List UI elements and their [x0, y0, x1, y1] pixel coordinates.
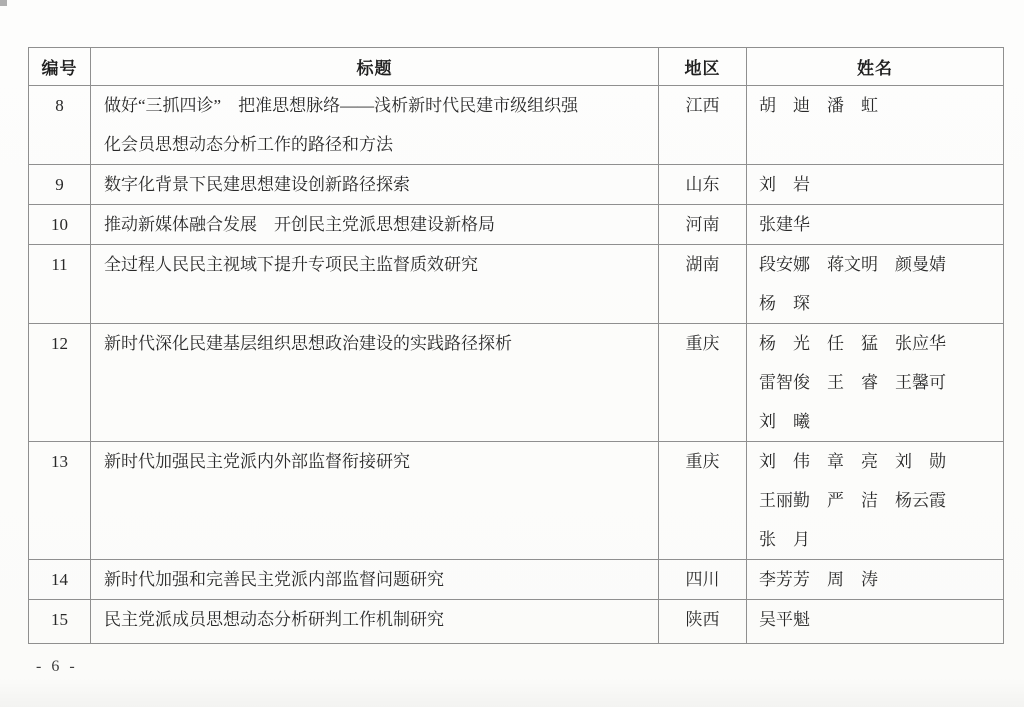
entry-region-cell: 山东 [659, 165, 747, 205]
entry-number: 15 [29, 600, 90, 639]
entry-title-cell: 民主党派成员思想动态分析研判工作机制研究 [91, 600, 659, 644]
entry-name-line: 刘 岩 [759, 165, 999, 204]
entry-name-line: 杨 琛 [759, 284, 999, 323]
entry-name-line: 刘 伟 章 亮 刘 勋 [759, 442, 999, 481]
entry-title-line: 数字化背景下民建思想建设创新路径探索 [104, 165, 652, 204]
entry-region-cell: 河南 [659, 205, 747, 245]
entry-name-line: 张 月 [759, 520, 999, 559]
entry-title-cell: 推动新媒体融合发展 开创民主党派思想建设新格局 [91, 205, 659, 245]
entry-name-line: 吴平魁 [759, 600, 999, 639]
entry-number-cell: 8 [29, 86, 91, 165]
table-body: 8 做好“三抓四诊” 把准思想脉络——浅析新时代民建市级组织强化会员思想动态分析… [29, 86, 1004, 644]
table-row: 15 民主党派成员思想动态分析研判工作机制研究 陕西 吴平魁 [29, 600, 1004, 644]
entry-names-cell: 刘 岩 [747, 165, 1004, 205]
entry-region: 陕西 [659, 600, 746, 639]
entry-title-cell: 新时代深化民建基层组织思想政治建设的实践路径探析 [91, 324, 659, 442]
entry-region-cell: 陕西 [659, 600, 747, 644]
entry-number: 12 [29, 324, 90, 363]
entry-title-line: 全过程人民民主视域下提升专项民主监督质效研究 [104, 245, 652, 284]
entry-region: 重庆 [659, 324, 746, 363]
entry-region-cell: 江西 [659, 86, 747, 165]
col-header-names: 姓名 [747, 48, 1004, 86]
entry-names-cell: 刘 伟 章 亮 刘 勋王丽勤 严 洁 杨云霞张 月 [747, 442, 1004, 560]
col-header-id: 编号 [29, 48, 91, 86]
entry-title-cell: 新时代加强和完善民主党派内部监督问题研究 [91, 560, 659, 600]
entry-number: 14 [29, 560, 90, 599]
entry-number: 8 [29, 86, 90, 125]
entry-title-line: 民主党派成员思想动态分析研判工作机制研究 [104, 600, 652, 639]
entry-title-line: 化会员思想动态分析工作的路径和方法 [104, 125, 652, 164]
entry-title-line: 新时代加强民主党派内外部监督衔接研究 [104, 442, 652, 481]
entry-names-cell: 杨 光 任 猛 张应华雷智俊 王 睿 王馨可刘 曦 [747, 324, 1004, 442]
entry-region: 湖南 [659, 245, 746, 284]
entry-number-cell: 11 [29, 245, 91, 324]
entry-title-line: 推动新媒体融合发展 开创民主党派思想建设新格局 [104, 205, 652, 244]
entry-name-line: 胡 迪 潘 虹 [759, 86, 999, 125]
entry-name-line: 杨 光 任 猛 张应华 [759, 324, 999, 363]
entry-title-cell: 做好“三抓四诊” 把准思想脉络——浅析新时代民建市级组织强化会员思想动态分析工作… [91, 86, 659, 165]
entry-name-line: 李芳芳 周 涛 [759, 560, 999, 599]
entry-title-line: 新时代加强和完善民主党派内部监督问题研究 [104, 560, 652, 599]
col-header-region: 地区 [659, 48, 747, 86]
entry-names-cell: 胡 迪 潘 虹 [747, 86, 1004, 165]
entries-table: 编号 标题 地区 姓名 8 做好“三抓四诊” 把准思想脉络——浅析新时代民建市级… [28, 47, 1004, 644]
entry-number: 13 [29, 442, 90, 481]
entry-names-cell: 段安娜 蒋文明 颜曼婧杨 琛 [747, 245, 1004, 324]
entry-number-cell: 13 [29, 442, 91, 560]
entry-name-line: 雷智俊 王 睿 王馨可 [759, 363, 999, 402]
entry-region-cell: 四川 [659, 560, 747, 600]
entry-names-cell: 吴平魁 [747, 600, 1004, 644]
entry-title-line: 新时代深化民建基层组织思想政治建设的实践路径探析 [104, 324, 652, 363]
table-row: 8 做好“三抓四诊” 把准思想脉络——浅析新时代民建市级组织强化会员思想动态分析… [29, 86, 1004, 165]
entry-title-line: 做好“三抓四诊” 把准思想脉络——浅析新时代民建市级组织强 [104, 86, 652, 125]
entry-region: 重庆 [659, 442, 746, 481]
entry-title-cell: 新时代加强民主党派内外部监督衔接研究 [91, 442, 659, 560]
entry-region: 河南 [659, 205, 746, 244]
table-row: 12 新时代深化民建基层组织思想政治建设的实践路径探析 重庆 杨 光 任 猛 张… [29, 324, 1004, 442]
entry-region: 江西 [659, 86, 746, 125]
entry-region: 四川 [659, 560, 746, 599]
page-number: - 6 - [36, 658, 78, 676]
entry-number-cell: 10 [29, 205, 91, 245]
entry-name-line: 王丽勤 严 洁 杨云霞 [759, 481, 999, 520]
entry-names-cell: 李芳芳 周 涛 [747, 560, 1004, 600]
entry-region-cell: 重庆 [659, 442, 747, 560]
entry-number-cell: 14 [29, 560, 91, 600]
entry-number: 10 [29, 205, 90, 244]
table-row: 10 推动新媒体融合发展 开创民主党派思想建设新格局 河南 张建华 [29, 205, 1004, 245]
entry-number: 9 [29, 165, 90, 204]
entry-number-cell: 15 [29, 600, 91, 644]
entry-number-cell: 9 [29, 165, 91, 205]
entry-name-line: 刘 曦 [759, 402, 999, 441]
entry-title-cell: 数字化背景下民建思想建设创新路径探索 [91, 165, 659, 205]
table-row: 11 全过程人民民主视域下提升专项民主监督质效研究 湖南 段安娜 蒋文明 颜曼婧… [29, 245, 1004, 324]
table-row: 9 数字化背景下民建思想建设创新路径探索 山东 刘 岩 [29, 165, 1004, 205]
scan-artifact [0, 0, 7, 6]
entry-number-cell: 12 [29, 324, 91, 442]
document-page: 编号 标题 地区 姓名 8 做好“三抓四诊” 把准思想脉络——浅析新时代民建市级… [0, 0, 1024, 707]
table-row: 13 新时代加强民主党派内外部监督衔接研究 重庆 刘 伟 章 亮 刘 勋王丽勤 … [29, 442, 1004, 560]
entry-name-line: 段安娜 蒋文明 颜曼婧 [759, 245, 999, 284]
entry-number: 11 [29, 245, 90, 284]
entry-region: 山东 [659, 165, 746, 204]
entry-region-cell: 重庆 [659, 324, 747, 442]
entry-region-cell: 湖南 [659, 245, 747, 324]
header-row: 编号 标题 地区 姓名 [29, 48, 1004, 86]
col-header-title: 标题 [91, 48, 659, 86]
entry-title-cell: 全过程人民民主视域下提升专项民主监督质效研究 [91, 245, 659, 324]
entry-name-line: 张建华 [759, 205, 999, 244]
table-row: 14 新时代加强和完善民主党派内部监督问题研究 四川 李芳芳 周 涛 [29, 560, 1004, 600]
entry-names-cell: 张建华 [747, 205, 1004, 245]
